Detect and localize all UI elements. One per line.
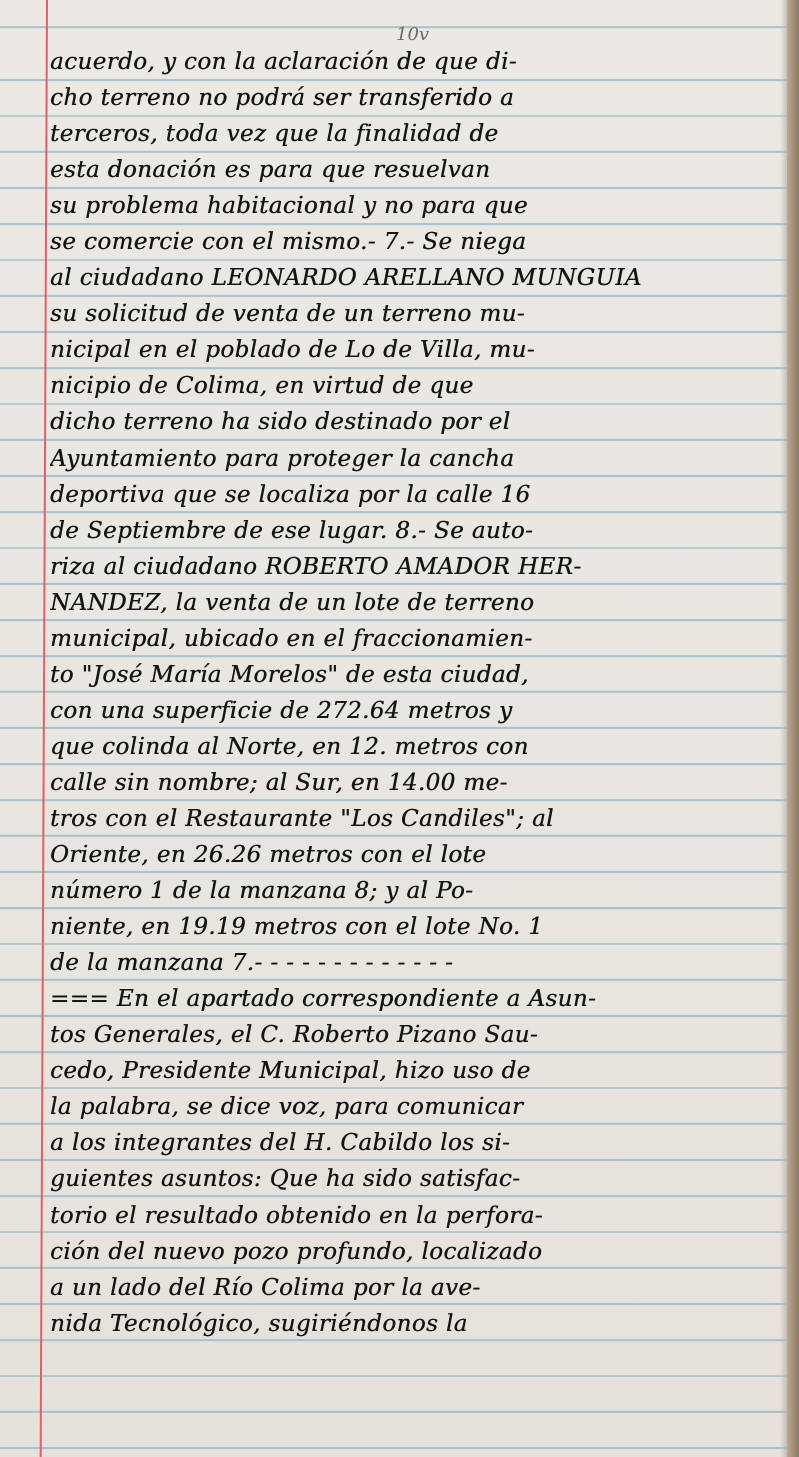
text-line: dicho terreno ha sido destinado por el (50, 404, 790, 440)
text-line: número 1 de la manzana 8; y al Po- (50, 873, 790, 909)
text-line: torio el resultado obtenido en la perfor… (50, 1198, 790, 1234)
text-line: calle sin nombre; al Sur, en 14.00 me- (50, 765, 790, 801)
text-line: nida Tecnológico, sugiriéndonos la (50, 1306, 790, 1342)
text-line: la palabra, se dice voz, para comunicar (50, 1089, 790, 1125)
text-line: nicipal en el poblado de Lo de Villa, mu… (50, 332, 790, 368)
text-line: NANDEZ, la venta de un lote de terreno (50, 585, 790, 621)
text-line: riza al ciudadano ROBERTO AMADOR HER- (50, 549, 790, 585)
text-line: su problema habitacional y no para que (50, 188, 790, 224)
text-line: que colinda al Norte, en 12. metros con (50, 729, 790, 765)
page-number: 10v (396, 24, 429, 45)
text-line: acuerdo, y con la aclaración de que di- (50, 44, 790, 80)
notebook-page: 10v acuerdo, y con la aclaración de que … (0, 0, 799, 1457)
text-line: terceros, toda vez que la finalidad de (50, 116, 790, 152)
text-line: Oriente, en 26.26 metros con el lote (50, 837, 790, 873)
text-line: === En el apartado correspondiente a Asu… (50, 981, 790, 1017)
text-line: cedo, Presidente Municipal, hizo uso de (50, 1053, 790, 1089)
text-line: a un lado del Río Colima por la ave- (50, 1270, 790, 1306)
text-line: tos Generales, el C. Roberto Pizano Sau- (50, 1017, 790, 1053)
text-line: de la manzana 7.- - - - - - - - - - - - … (50, 945, 790, 981)
text-line: Ayuntamiento para proteger la cancha (50, 441, 790, 477)
text-line: to "José María Morelos" de esta ciudad, (50, 657, 790, 693)
text-line: a los integrantes del H. Cabildo los si- (50, 1125, 790, 1161)
text-line: municipal, ubicado en el fraccionamien- (50, 621, 790, 657)
text-line: niente, en 19.19 metros con el lote No. … (50, 909, 790, 945)
text-line: con una superficie de 272.64 metros y (50, 693, 790, 729)
handwritten-text: acuerdo, y con la aclaración de que di- … (50, 44, 790, 1342)
text-line: cho terreno no podrá ser transferido a (50, 80, 790, 116)
text-line: tros con el Restaurante "Los Candiles"; … (50, 801, 790, 837)
text-line: al ciudadano LEONARDO ARELLANO MUNGUIA (50, 260, 790, 296)
text-line: ción del nuevo pozo profundo, localizado (50, 1234, 790, 1270)
text-line: su solicitud de venta de un terreno mu- (50, 296, 790, 332)
text-line: deportiva que se localiza por la calle 1… (50, 477, 790, 513)
text-line: de Septiembre de ese lugar. 8.- Se auto- (50, 513, 790, 549)
text-line: se comercie con el mismo.- 7.- Se niega (50, 224, 790, 260)
text-line: nicipio de Colima, en virtud de que (50, 368, 790, 404)
text-line: guientes asuntos: Que ha sido satisfac- (50, 1161, 790, 1197)
text-line: esta donación es para que resuelvan (50, 152, 790, 188)
